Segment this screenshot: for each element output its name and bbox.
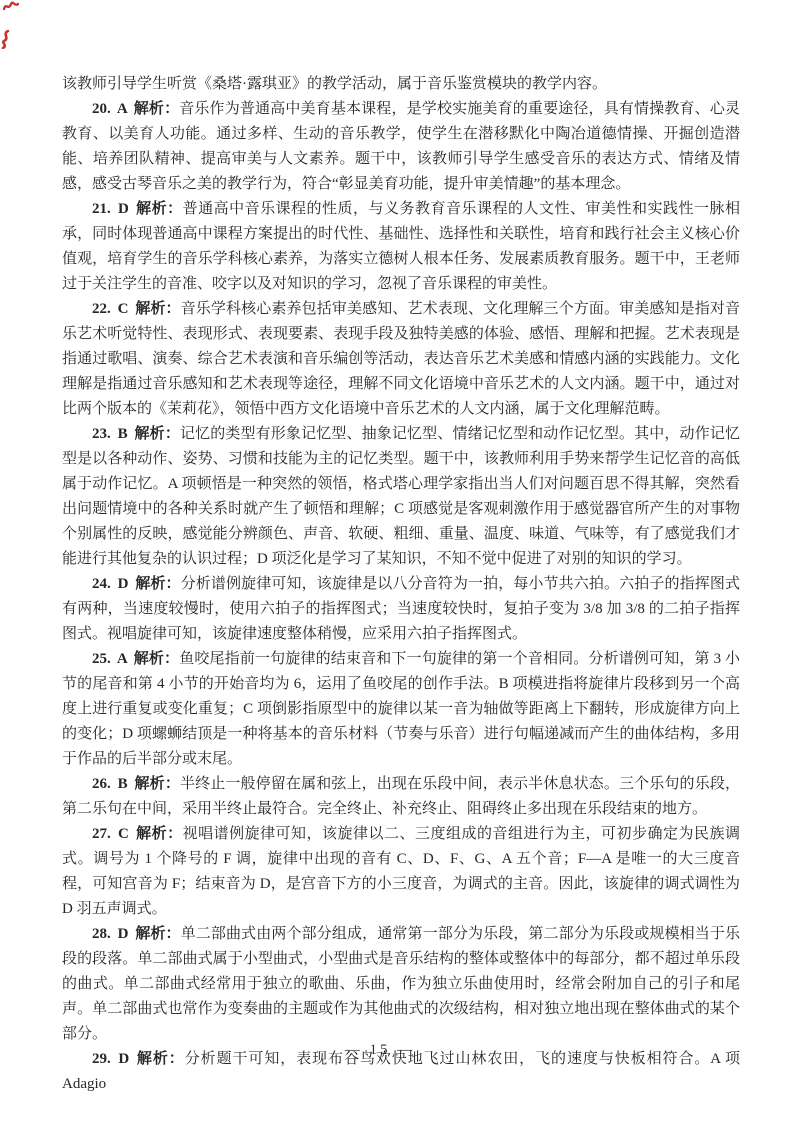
paragraph-text: 鱼咬尾指前一句旋律的结束音和下一句旋律的第一个音相同。分析谱例可知，第 3 小节… xyxy=(62,651,740,767)
paragraph-text: 记忆的类型有形象记忆型、抽象记忆型、情绪记忆型和动作记忆型。其中，动作记忆型是以… xyxy=(62,426,740,567)
answer-label: 21. D 解析： xyxy=(92,201,183,217)
explanation-item-21: 21. D 解析：普通高中音乐课程的性质，与义务教育音乐课程的人文性、审美性和实… xyxy=(62,197,740,297)
explanation-item-27: 27. C 解析：视唱谱例旋律可知，该旋律以二、三度组成的音组进行为主，可初步确… xyxy=(62,822,740,922)
paragraph-text: 该教师引导学生听赏《桑塔·露琪亚》的教学活动，属于音乐鉴赏模块的教学内容。 xyxy=(62,76,607,92)
explanation-item-25: 25. A 解析：鱼咬尾指前一句旋律的结束音和下一句旋律的第一个音相同。分析谱例… xyxy=(62,647,740,772)
red-ink-mark-stroke xyxy=(4,3,18,9)
explanation-item-23: 23. B 解析：记忆的类型有形象记忆型、抽象记忆型、情绪记忆型和动作记忆型。其… xyxy=(62,422,740,572)
document-page: 该教师引导学生听赏《桑塔·露琪亚》的教学活动，属于音乐鉴赏模块的教学内容。 20… xyxy=(0,0,800,1133)
explanation-item-26: 26. B 解析：半终止一般停留在属和弦上，出现在乐段中间，表示半休息状态。三个… xyxy=(62,772,740,822)
answer-label: 25. A 解析： xyxy=(92,651,179,667)
answer-label: 27. C 解析： xyxy=(92,826,183,842)
paragraph-text: 音乐学科核心素养包括审美感知、艺术表现、文化理解三个方面。审美感知是指对音乐艺术… xyxy=(62,301,740,417)
page-number: — 15 — xyxy=(0,1042,760,1059)
red-ink-mark xyxy=(3,0,19,13)
red-ink-mark-stroke xyxy=(3,31,8,48)
answer-label: 22. C 解析： xyxy=(92,301,181,317)
answer-label: 20. A 解析： xyxy=(92,101,179,117)
answer-label: 23. B 解析： xyxy=(92,426,180,442)
red-ink-mark xyxy=(0,30,13,49)
answer-label: 28. D 解析： xyxy=(92,926,181,942)
explanation-item-20: 20. A 解析：音乐作为普通高中美育基本课程，是学校实施美育的重要途径，具有情… xyxy=(62,97,740,197)
answer-label: 24. D 解析： xyxy=(92,576,181,592)
explanation-item-28: 28. D 解析：单二部曲式由两个部分组成，通常第一部分为乐段，第二部分为乐段或… xyxy=(62,922,740,1047)
answer-explanations: 该教师引导学生听赏《桑塔·露琪亚》的教学活动，属于音乐鉴赏模块的教学内容。 20… xyxy=(62,72,740,1097)
paragraph-text: 单二部曲式由两个部分组成，通常第一部分为乐段，第二部分为乐段或规模相当于乐段的段… xyxy=(62,926,740,1042)
explanation-item-22: 22. C 解析：音乐学科核心素养包括审美感知、艺术表现、文化理解三个方面。审美… xyxy=(62,297,740,422)
answer-label: 26. B 解析： xyxy=(92,776,180,792)
explanation-item-24: 24. D 解析：分析谱例旋律可知，该旋律是以八分音符为一拍，每小节共六拍。六拍… xyxy=(62,572,740,647)
explanation-continuation: 该教师引导学生听赏《桑塔·露琪亚》的教学活动，属于音乐鉴赏模块的教学内容。 xyxy=(62,72,740,97)
